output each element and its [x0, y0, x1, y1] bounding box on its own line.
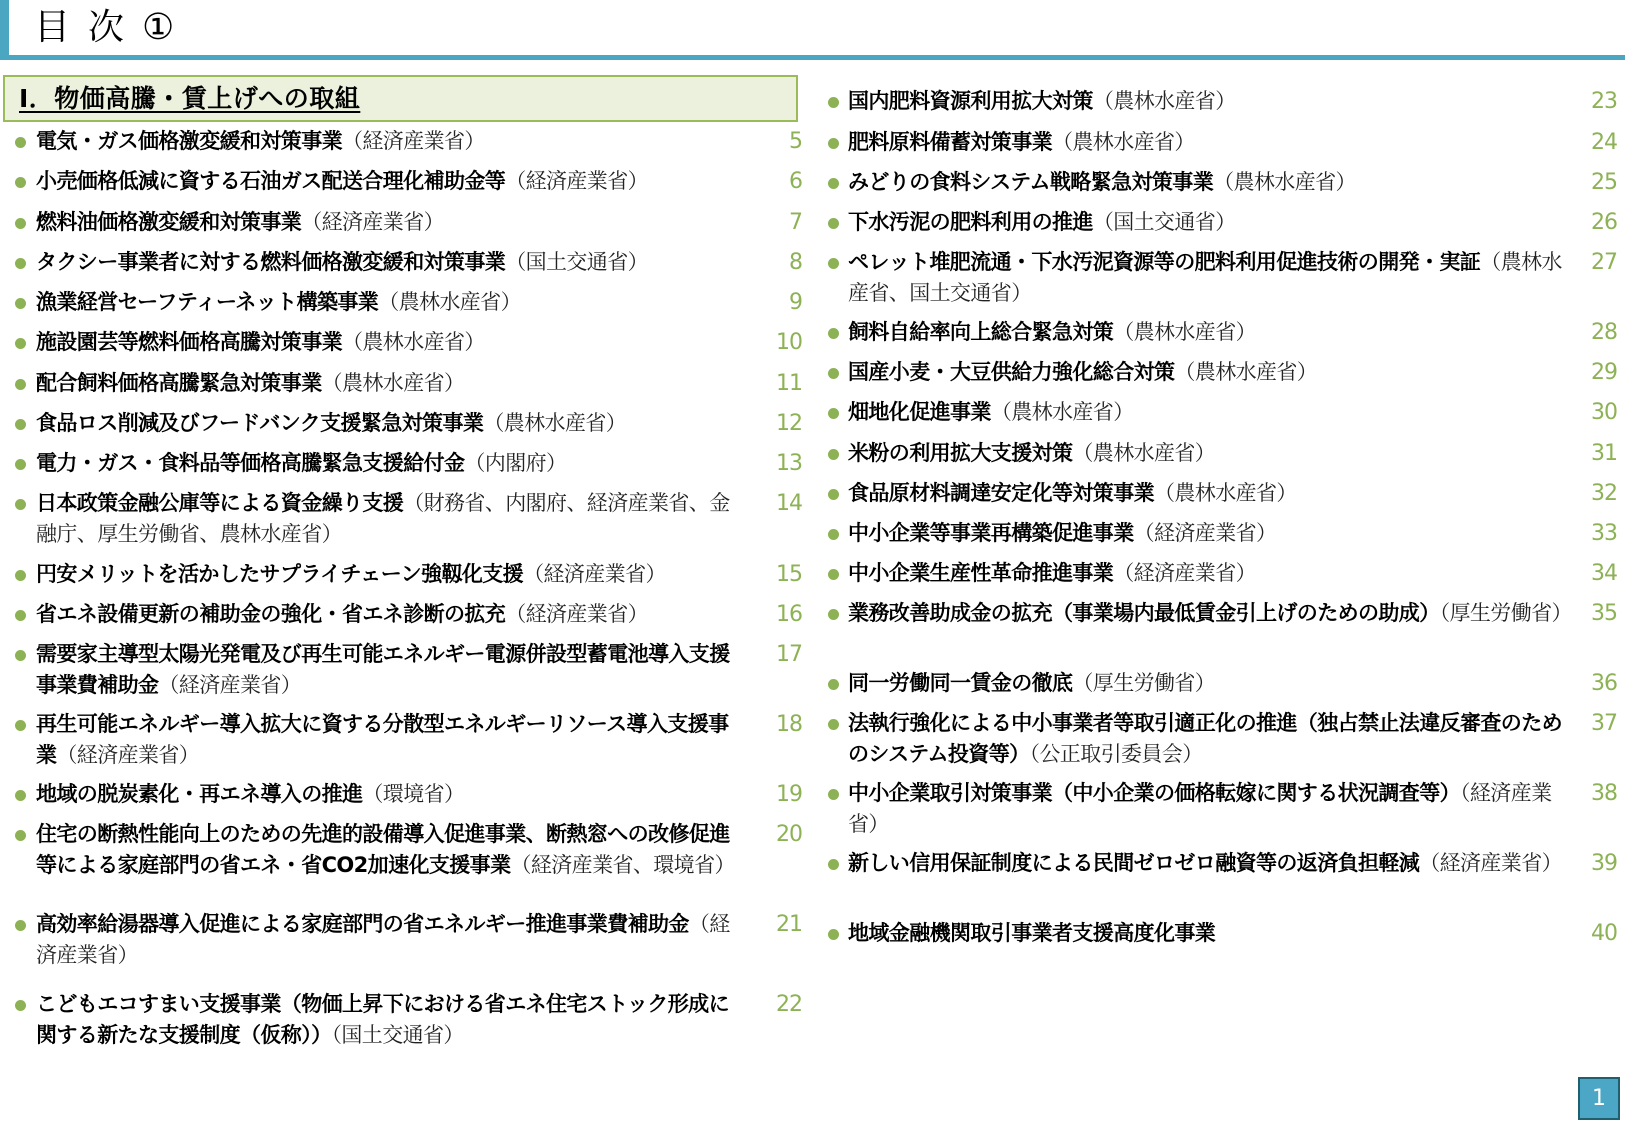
toc-item-ministry: （経済産業省）: [1134, 521, 1277, 545]
section-title[interactable]: Ⅰ．物価高騰・賃上げへの取組: [19, 83, 360, 115]
toc-item-text: ペレット堆肥流通・下水汚泥資源等の肥料利用促進技術の開発・実証（農林水産省、国土…: [848, 247, 1572, 309]
toc-item-page-number[interactable]: 9: [762, 287, 802, 318]
toc-item-title: 地域金融機関取引事業者支援高度化事業: [848, 921, 1215, 945]
toc-item-text: みどりの食料システム戦略緊急対策事業（農林水産省）: [848, 167, 1572, 198]
toc-item-page-number[interactable]: 12: [762, 408, 802, 439]
toc-item-ministry: （農林水産省）: [1213, 170, 1356, 194]
toc-item-title: 漁業経営セーフティーネット構築事業: [36, 290, 378, 314]
toc-item-ministry: （農林水産省）: [1154, 481, 1297, 505]
toc-item-ministry: （経済産業省）: [505, 169, 648, 193]
toc-item-ministry: （農林水産省）: [342, 330, 485, 354]
toc-item-ministry: （農林水産省）: [1113, 320, 1256, 344]
toc-item-ministry: （厚生労働省）: [1072, 671, 1215, 695]
toc-item-ministry: （厚生労働省）: [1440, 601, 1572, 625]
toc-item-text: 小売価格低減に資する石油ガス配送合理化補助金等（経済産業省）: [36, 166, 748, 197]
toc-item-text: 飼料自給率向上総合緊急対策（農林水産省）: [848, 317, 1572, 348]
toc-item-page-number[interactable]: 30: [1577, 397, 1617, 428]
bullet-icon: [15, 419, 26, 430]
toc-item-title: 円安メリットを活かしたサプライチェーン強靱化支援: [36, 562, 523, 586]
bullet-icon: [828, 138, 839, 149]
toc-item-ministry: （内閣府）: [464, 451, 566, 475]
toc-item-ministry: （農林水産省）: [322, 371, 465, 395]
toc-item-text: 施設園芸等燃料価格高騰対策事業（農林水産省）: [36, 327, 748, 358]
toc-item-ministry: （環境省）: [362, 782, 464, 806]
bullet-icon: [828, 368, 839, 379]
toc-item-ministry: （農林水産省）: [1093, 89, 1236, 113]
toc-item-title: 肥料原料備蓄対策事業: [848, 130, 1052, 154]
toc-item-title: 米粉の利用拡大支援対策: [848, 441, 1072, 465]
toc-item-text: 電力・ガス・食料品等価格高騰緊急支援給付金（内閣府）: [36, 448, 748, 479]
toc-item-page-number[interactable]: 25: [1577, 167, 1617, 198]
toc-item-page-number[interactable]: 21: [762, 909, 802, 940]
bullet-icon: [15, 459, 26, 470]
toc-item-title: ペレット堆肥流通・下水汚泥資源等の肥料利用促進技術の開発・実証: [848, 250, 1480, 274]
toc-item-ministry: （農林水産省）: [378, 290, 521, 314]
toc-item-page-number[interactable]: 16: [762, 599, 802, 630]
bullet-icon: [15, 379, 26, 390]
toc-item-text: 食品ロス削減及びフードバンク支援緊急対策事業（農林水産省）: [36, 408, 748, 439]
toc-item-page-number[interactable]: 36: [1577, 668, 1617, 699]
toc-item-ministry: （経済産業省）: [1113, 561, 1256, 585]
toc-item-page-number[interactable]: 5: [762, 126, 802, 157]
toc-item-text: タクシー事業者に対する燃料価格激変緩和対策事業（国土交通省）: [36, 247, 748, 278]
toc-item-page-number[interactable]: 7: [762, 207, 802, 238]
toc-item-text: 再生可能エネルギー導入拡大に資する分散型エネルギーリソース導入支援事業（経済産業…: [36, 709, 748, 771]
bullet-icon: [828, 929, 839, 940]
toc-item-title: タクシー事業者に対する燃料価格激変緩和対策事業: [36, 250, 505, 274]
toc-item-page-number[interactable]: 22: [762, 989, 802, 1020]
toc-item-title: 新しい信用保証制度による民間ゼロゼロ融資等の返済負担軽減: [848, 851, 1419, 875]
toc-item-text: 高効率給湯器導入促進による家庭部門の省エネルギー推進事業費補助金（経済産業省）: [36, 909, 748, 971]
toc-item-ministry: （農林水産省）: [991, 400, 1134, 424]
toc-item-ministry: （経済産業省）: [1419, 851, 1562, 875]
toc-item-title: 国産小麦・大豆供給力強化総合対策: [848, 360, 1174, 384]
bullet-icon: [828, 449, 839, 460]
bullet-icon: [828, 218, 839, 229]
bullet-icon: [828, 97, 839, 108]
toc-item-page-number[interactable]: 27: [1577, 247, 1617, 278]
toc-item-ministry: （公正取引委員会）: [1030, 742, 1203, 766]
toc-item-page-number[interactable]: 24: [1577, 127, 1617, 158]
toc-item-text: 地域の脱炭素化・再エネ導入の推進（環境省）: [36, 779, 748, 810]
bullet-icon: [15, 258, 26, 269]
toc-item-title: 配合飼料価格高騰緊急対策事業: [36, 371, 322, 395]
toc-item-text: 米粉の利用拡大支援対策（農林水産省）: [848, 438, 1572, 469]
bullet-icon: [828, 529, 839, 540]
bullet-icon: [828, 408, 839, 419]
toc-item-page-number[interactable]: 29: [1577, 357, 1617, 388]
toc-item-page-number[interactable]: 18: [762, 709, 802, 740]
toc-item-text: 漁業経営セーフティーネット構築事業（農林水産省）: [36, 287, 748, 318]
toc-item-text: 電気・ガス価格激変緩和対策事業（経済産業省）: [36, 126, 748, 157]
bullet-icon: [828, 719, 839, 730]
toc-item-ministry: （経済産業省）: [56, 743, 199, 767]
toc-item-text: 需要家主導型太陽光発電及び再生可能エネルギー電源併設型蓄電池導入支援事業費補助金…: [36, 639, 748, 701]
bullet-icon: [15, 650, 26, 661]
toc-item-page-number[interactable]: 13: [762, 448, 802, 479]
toc-item-page-number[interactable]: 11: [762, 368, 802, 399]
toc-item-ministry: （国土交通省）: [332, 1023, 464, 1047]
toc-item-ministry: （経済産業省）: [342, 129, 485, 153]
toc-item-page-number[interactable]: 34: [1577, 558, 1617, 589]
toc-item-text: 燃料油価格激変緩和対策事業（経済産業省）: [36, 207, 748, 238]
toc-item-title: 中小企業等事業再構築促進事業: [848, 521, 1134, 545]
toc-item-title: 法執行強化による中小事業者等取引適正化の推進（独占禁止法違反審査のためのシステム…: [848, 711, 1562, 766]
toc-item-page-number[interactable]: 31: [1577, 438, 1617, 469]
toc-item-ministry: （農林水産省）: [1052, 130, 1195, 154]
toc-item-ministry: （経済産業省）: [158, 673, 301, 697]
bullet-icon: [828, 489, 839, 500]
toc-item-text: こどもエコすまい支援事業（物価上昇下における省エネ住宅ストック形成に関する新たな…: [36, 989, 748, 1051]
toc-item-text: 地域金融機関取引事業者支援高度化事業: [848, 918, 1572, 949]
toc-item-ministry: （農林水産省）: [1072, 441, 1215, 465]
toc-item-title: 施設園芸等燃料価格高騰対策事業: [36, 330, 342, 354]
bullet-icon: [15, 177, 26, 188]
toc-item-title: 国内肥料資源利用拡大対策: [848, 89, 1093, 113]
toc-item-page-number[interactable]: 26: [1577, 207, 1617, 238]
toc-item-text: 肥料原料備蓄対策事業（農林水産省）: [848, 127, 1572, 158]
bullet-icon: [828, 609, 839, 620]
toc-item-text: 中小企業生産性革命推進事業（経済産業省）: [848, 558, 1572, 589]
toc-item-page-number[interactable]: 37: [1577, 708, 1617, 739]
bullet-icon: [828, 679, 839, 690]
toc-item-title: 食品ロス削減及びフードバンク支援緊急対策事業: [36, 411, 483, 435]
toc-item-title: 省エネ設備更新の補助金の強化・省エネ診断の拡充: [36, 602, 505, 626]
toc-item-title: 電気・ガス価格激変緩和対策事業: [36, 129, 342, 153]
bullet-icon: [15, 920, 26, 931]
toc-item-page-number[interactable]: 15: [762, 559, 802, 590]
toc-item-title: 高効率給湯器導入促進による家庭部門の省エネルギー推進事業費補助金: [36, 912, 689, 936]
bullet-icon: [828, 258, 839, 269]
page-number-badge: 1: [1578, 1077, 1620, 1120]
bullet-icon: [828, 789, 839, 800]
toc-item-text: 畑地化促進事業（農林水産省）: [848, 397, 1572, 428]
toc-item-page-number[interactable]: 33: [1577, 518, 1617, 549]
toc-item-text: 日本政策金融公庫等による資金繰り支援（財務省、内閣府、経済産業省、金融庁、厚生労…: [36, 488, 748, 550]
toc-item-title: 食品原材料調達安定化等対策事業: [848, 481, 1154, 505]
toc-item-text: 新しい信用保証制度による民間ゼロゼロ融資等の返済負担軽減（経済産業省）: [848, 848, 1572, 879]
bullet-icon: [15, 720, 26, 731]
title-bar: 目次①: [0, 0, 1625, 60]
toc-item-title: 中小企業取引対策事業（中小企業の価格転嫁に関する状況調査等）: [848, 781, 1460, 805]
toc-item-text: 国内肥料資源利用拡大対策（農林水産省）: [848, 86, 1572, 117]
bullet-icon: [828, 859, 839, 870]
bullet-icon: [15, 338, 26, 349]
toc-item-page-number[interactable]: 20: [762, 819, 802, 850]
section-header: Ⅰ．物価高騰・賃上げへの取組: [3, 75, 798, 122]
toc-item-text: 住宅の断熱性能向上のための先進的設備導入促進事業、断熱窓への改修促進等による家庭…: [36, 819, 748, 881]
bullet-icon: [15, 137, 26, 148]
toc-item-title: 燃料油価格激変緩和対策事業: [36, 210, 301, 234]
toc-item-page-number[interactable]: 40: [1577, 918, 1617, 949]
toc-item-title: 日本政策金融公庫等による資金繰り支援: [36, 491, 403, 515]
toc-item-page-number[interactable]: 10: [762, 327, 802, 358]
toc-item-page-number[interactable]: 14: [762, 488, 802, 519]
toc-item-text: 食品原材料調達安定化等対策事業（農林水産省）: [848, 478, 1572, 509]
toc-item-text: 中小企業取引対策事業（中小企業の価格転嫁に関する状況調査等）（経済産業省）: [848, 778, 1572, 840]
toc-item-ministry: （経済産業省）: [505, 602, 648, 626]
toc-item-page-number[interactable]: 35: [1577, 598, 1617, 629]
toc-item-title: 同一労働同一賃金の徹底: [848, 671, 1072, 695]
toc-item-page-number[interactable]: 38: [1577, 778, 1617, 809]
page-title: 目次①: [34, 6, 192, 50]
toc-item-title: 地域の脱炭素化・再エネ導入の推進: [36, 782, 362, 806]
toc-item-page-number[interactable]: 28: [1577, 317, 1617, 348]
bullet-icon: [828, 178, 839, 189]
toc-item-ministry: （国土交通省）: [1093, 210, 1236, 234]
toc-item-title: みどりの食料システム戦略緊急対策事業: [848, 170, 1213, 194]
bullet-icon: [15, 298, 26, 309]
toc-item-page-number[interactable]: 8: [762, 247, 802, 278]
toc-item-title: 中小企業生産性革命推進事業: [848, 561, 1113, 585]
toc-item-title: 小売価格低減に資する石油ガス配送合理化補助金等: [36, 169, 505, 193]
toc-item-text: 円安メリットを活かしたサプライチェーン強靱化支援（経済産業省）: [36, 559, 748, 590]
bullet-icon: [15, 830, 26, 841]
bullet-icon: [15, 610, 26, 621]
toc-item-text: 省エネ設備更新の補助金の強化・省エネ診断の拡充（経済産業省）: [36, 599, 748, 630]
toc-item-page-number[interactable]: 6: [762, 166, 802, 197]
title-accent-bar: [0, 0, 9, 60]
toc-item-text: 国産小麦・大豆供給力強化総合対策（農林水産省）: [848, 357, 1572, 388]
toc-item-text: 配合飼料価格高騰緊急対策事業（農林水産省）: [36, 368, 748, 399]
toc-item-ministry: （経済産業省）: [523, 562, 666, 586]
bullet-icon: [15, 1000, 26, 1011]
toc-item-ministry: （経済産業省、環境省）: [510, 853, 734, 877]
toc-item-page-number[interactable]: 39: [1577, 848, 1617, 879]
toc-item-text: 法執行強化による中小事業者等取引適正化の推進（独占禁止法違反審査のためのシステム…: [848, 708, 1572, 770]
toc-item-text: 同一労働同一賃金の徹底（厚生労働省）: [848, 668, 1572, 699]
toc-item-title: 業務改善助成金の拡充（事業場内最低賃金引上げのための助成）: [848, 601, 1440, 625]
toc-item-ministry: （農林水産省）: [1174, 360, 1317, 384]
toc-item-page-number[interactable]: 17: [762, 639, 802, 670]
toc-item-ministry: （農林水産省）: [483, 411, 626, 435]
toc-item-title: 畑地化促進事業: [848, 400, 991, 424]
bullet-icon: [828, 569, 839, 580]
toc-item-ministry: （国土交通省）: [505, 250, 648, 274]
toc-item-title: 電力・ガス・食料品等価格高騰緊急支援給付金: [36, 451, 464, 475]
toc-item-text: 下水汚泥の肥料利用の推進（国土交通省）: [848, 207, 1572, 238]
bullet-icon: [15, 790, 26, 801]
toc-item-page-number[interactable]: 23: [1577, 86, 1617, 117]
bullet-icon: [15, 218, 26, 229]
bullet-icon: [15, 499, 26, 510]
toc-item-page-number[interactable]: 19: [762, 779, 802, 810]
toc-item-title: 飼料自給率向上総合緊急対策: [848, 320, 1113, 344]
toc-item-ministry: （経済産業省）: [301, 210, 444, 234]
toc-item-title: 下水汚泥の肥料利用の推進: [848, 210, 1093, 234]
toc-item-page-number[interactable]: 32: [1577, 478, 1617, 509]
bullet-icon: [15, 570, 26, 581]
toc-item-text: 中小企業等事業再構築促進事業（経済産業省）: [848, 518, 1572, 549]
title-underline: [0, 55, 1625, 60]
bullet-icon: [828, 328, 839, 339]
toc-item-text: 業務改善助成金の拡充（事業場内最低賃金引上げのための助成）（厚生労働省）: [848, 598, 1572, 629]
toc-item-title: 需要家主導型太陽光発電及び再生可能エネルギー電源併設型蓄電池導入支援事業費補助金: [36, 642, 730, 697]
